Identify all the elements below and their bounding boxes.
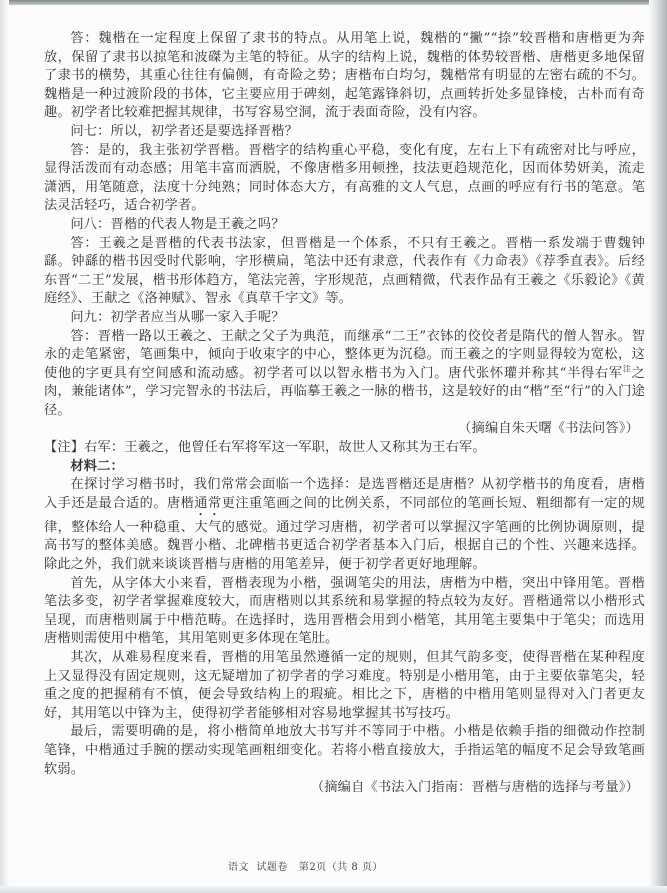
- page-body-text: 答：魏楷在一定程度上保留了隶书的特点。从用笔上说，魏楷的“撇”“捺”较晋楷和唐楷…: [44, 30, 645, 798]
- material1-answer9: 答：晋楷一路以王羲之、王献之父子为典范，而继承“二王”衣钵的佼佼者是隋代的僧人智…: [44, 328, 645, 421]
- material1-question8: 问八：晋楷的代表人物是王羲之吗？: [44, 216, 645, 235]
- emphasized-word: 通常: [194, 496, 221, 511]
- scanned-exam-page: 答：魏楷在一定程度上保留了隶书的特点。从用笔上说，魏楷的“撇”“捺”较晋楷和唐楷…: [0, 0, 667, 893]
- material2-paragraph-4: 最后，需要明确的是，将小楷简单地放大书写并不等同于中楷。小楷是依赖手指的细微动作…: [44, 723, 645, 779]
- material2-paragraph-2: 首先，从字体大小来看，晋楷表现为小楷，强调笔尖的用法，唐楷为中楷，突出中锋用笔。…: [44, 575, 645, 649]
- material1-question9: 问九：初学者应当从哪一家入手呢？: [44, 309, 645, 328]
- footnote-reference-mark: 注: [623, 364, 632, 373]
- material1-answer9-text-1: 答：晋楷一路以王羲之、王献之父子为典范，而继承“二王”衣钵的佼佼者是隋代的僧人智…: [44, 329, 645, 381]
- scan-edge-right: [649, 0, 667, 893]
- material2-citation: （摘编自《书法入门指南：晋楷与唐楷的选择与考量》）: [44, 779, 645, 798]
- scan-edge-top: [0, 0, 667, 5]
- material2-paragraph-1: 在探讨学习楷书时，我们常常会面临一个选择：是选晋楷还是唐楷？从初学楷书的角度看，…: [44, 476, 645, 574]
- material1-citation: （摘编自朱天曙《书法问答》）: [44, 420, 645, 439]
- material2-paragraph-3: 其次，从难易程度来看，晋楷的用笔虽然遵循一定的规则，但其气韵多变，使得晋楷在某种…: [44, 649, 645, 723]
- material1-answer-weikai: 答：魏楷在一定程度上保留了隶书的特点。从用笔上说，魏楷的“撇”“捺”较晋楷和唐楷…: [44, 30, 645, 123]
- scan-edge-bottom: [0, 886, 667, 893]
- material2-heading: 材料二：: [44, 458, 645, 477]
- page-footer: 语文 试题卷 第2页（共 8 页）: [228, 858, 383, 873]
- material1-footnote: 【注】右军：王羲之，他曾任右军将军这一军职，故世人又称其为王右军。: [44, 439, 645, 458]
- material1-answer8: 答：王羲之是晋楷的代表书法家，但晋楷是一个体系，不只有王羲之。晋楷一系发端于曹魏…: [44, 235, 645, 309]
- material1-question7: 问七：所以，初学者还是要选择晋楷？: [44, 123, 645, 142]
- material1-answer7: 答：是的，我主张初学晋楷。晋楷字的结构重心平稳，变化有度，左右上下有疏密对比与呼…: [44, 142, 645, 216]
- scan-edge-left: [0, 0, 9, 893]
